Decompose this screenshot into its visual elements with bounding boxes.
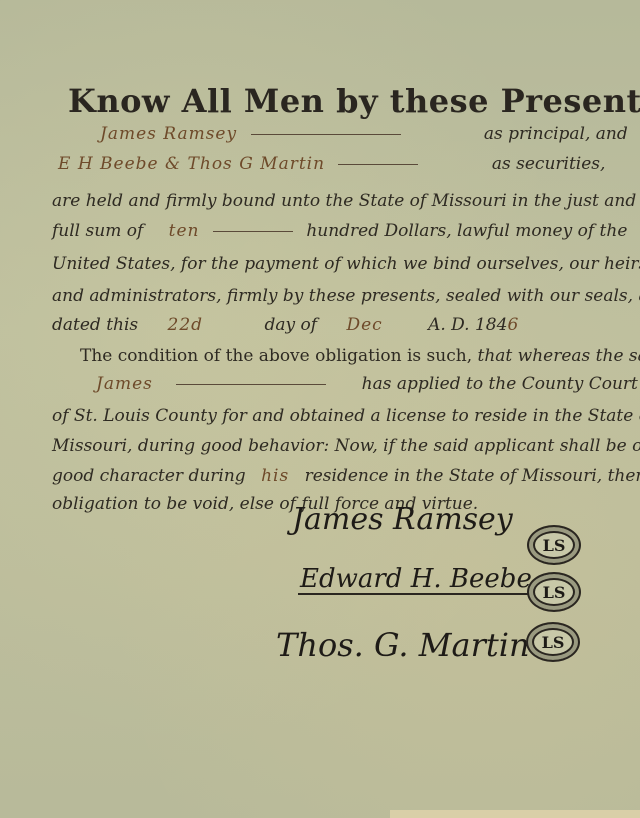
blank-rule xyxy=(213,231,293,232)
condition-line-5-tail: residence in the State of Missouri, then… xyxy=(305,466,640,486)
seal-ls-2: LS xyxy=(527,572,581,612)
date-ad: A. D. 184 xyxy=(428,315,507,335)
date-prefix: dated this xyxy=(52,315,138,335)
principal-label: as principal, and xyxy=(484,124,628,144)
signature-underline xyxy=(298,593,530,595)
seal-ls-3: LS xyxy=(526,622,580,662)
date-day-of: day of xyxy=(264,315,317,335)
condition-line-3: of St. Louis County for and obtained a l… xyxy=(52,405,640,427)
securities-line: E H Beebe & Thos G Martin as securities, xyxy=(58,153,605,175)
condition-line-4: Missouri, during good behavior: Now, if … xyxy=(52,435,640,457)
heading-main: Know All Men by these Presents, xyxy=(68,82,640,120)
sum-amount: ten xyxy=(169,221,200,241)
date-year-hand: 6 xyxy=(507,315,519,335)
body-line-4: and administrators, firmly by these pres… xyxy=(52,285,640,307)
signature-ramsey: James Ramsey xyxy=(292,502,513,537)
signature-beebe: Edward H. Beebe xyxy=(300,564,532,594)
principal-name: James Ramsey xyxy=(100,124,237,144)
sum-prefix: full sum of xyxy=(52,221,143,241)
signature-martin: Thos. G. Martin xyxy=(276,626,530,664)
condition-line-5: good character during his residence in t… xyxy=(52,465,640,487)
securities-label: as securities, xyxy=(492,154,606,174)
sum-line: full sum of ten hundred Dollars, lawful … xyxy=(52,220,627,242)
condition-tail: that whereas the said xyxy=(478,346,640,366)
blank-rule xyxy=(251,134,401,135)
body-line-3: United States, for the payment of which … xyxy=(52,253,640,275)
sum-tail: hundred Dollars, lawful money of the xyxy=(306,221,627,241)
date-month: Dec xyxy=(346,315,382,335)
condition-line-2-tail: has applied to the County Court xyxy=(362,374,638,394)
condition-upright: The condition of the above obligation is… xyxy=(80,346,472,366)
body-line-1: are held and firmly bound unto the State… xyxy=(52,190,636,212)
seal-ls-1: LS xyxy=(527,525,581,565)
principal-line: James Ramsey as principal, and xyxy=(100,123,628,145)
pronoun: his xyxy=(261,466,289,486)
document-heading: Know All Men by these Presents, That We, xyxy=(68,82,640,120)
paper-edge xyxy=(390,810,640,818)
date-line: dated this 22d day of Dec A. D. 1846 xyxy=(52,314,519,336)
condition-line-1: The condition of the above obligation is… xyxy=(80,345,640,367)
date-day: 22d xyxy=(168,315,204,335)
blank-rule xyxy=(338,164,418,165)
condition-line-2: James has applied to the County Court xyxy=(96,373,638,395)
blank-rule xyxy=(176,384,326,385)
condition-line-5-prefix: good character during xyxy=(52,466,246,486)
securities-names: E H Beebe & Thos G Martin xyxy=(58,154,325,174)
applicant-name: James xyxy=(96,374,153,394)
